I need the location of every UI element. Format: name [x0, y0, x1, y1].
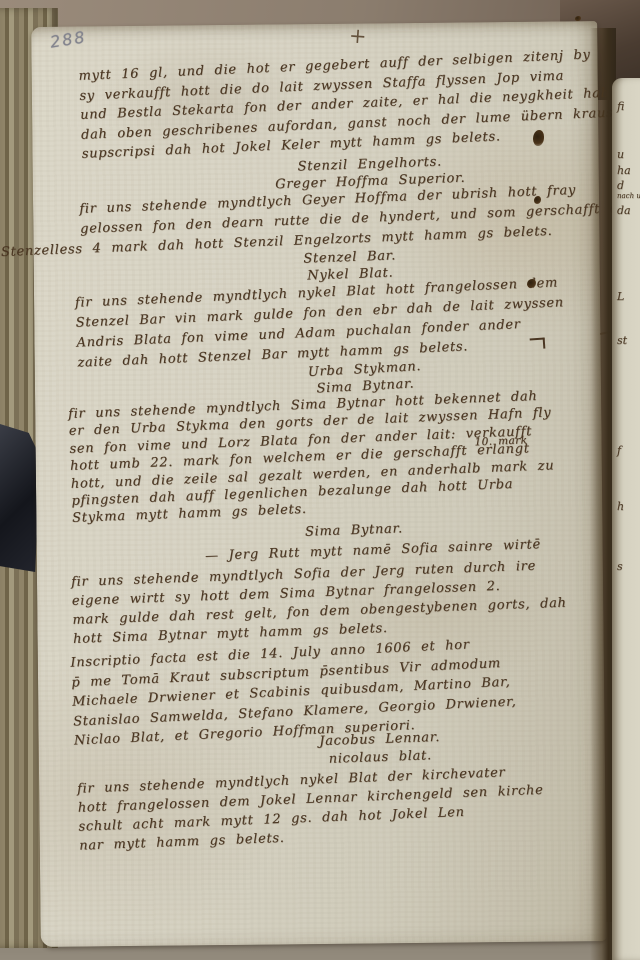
facing-text-fragment: d [617, 179, 624, 192]
paragraph-4: fir uns stehende myndtlych Sima Bytnar h… [68, 386, 587, 528]
facing-text-fragment: f [617, 444, 621, 457]
facing-text-fragment: s [617, 560, 623, 573]
facing-text-fragment: h [617, 500, 624, 513]
cross-mark: + [348, 23, 367, 48]
facing-text-fragment: st [617, 334, 627, 347]
manuscript-photo: 288 + mytt 16 gl, und die hot er gegeber… [0, 0, 640, 960]
party-name: Sima Bytnar. [305, 520, 403, 540]
book-clasp [0, 424, 40, 572]
interlinear-note: 10. mark [474, 432, 527, 451]
facing-text-fragment: u [617, 148, 624, 161]
facing-text-fragment: fi [617, 100, 624, 113]
facing-text-fragment: da [617, 204, 631, 217]
facing-text-fragment: nach u [617, 192, 640, 200]
marginal-hook-mark [530, 337, 546, 349]
section-4-heading: Sima Bytnar. [305, 520, 403, 540]
facing-text-fragment: L [617, 290, 624, 303]
facing-page-edge: fi u ha d nach u da L st f h s [612, 78, 640, 960]
facing-text-fragment: ha [617, 164, 631, 177]
